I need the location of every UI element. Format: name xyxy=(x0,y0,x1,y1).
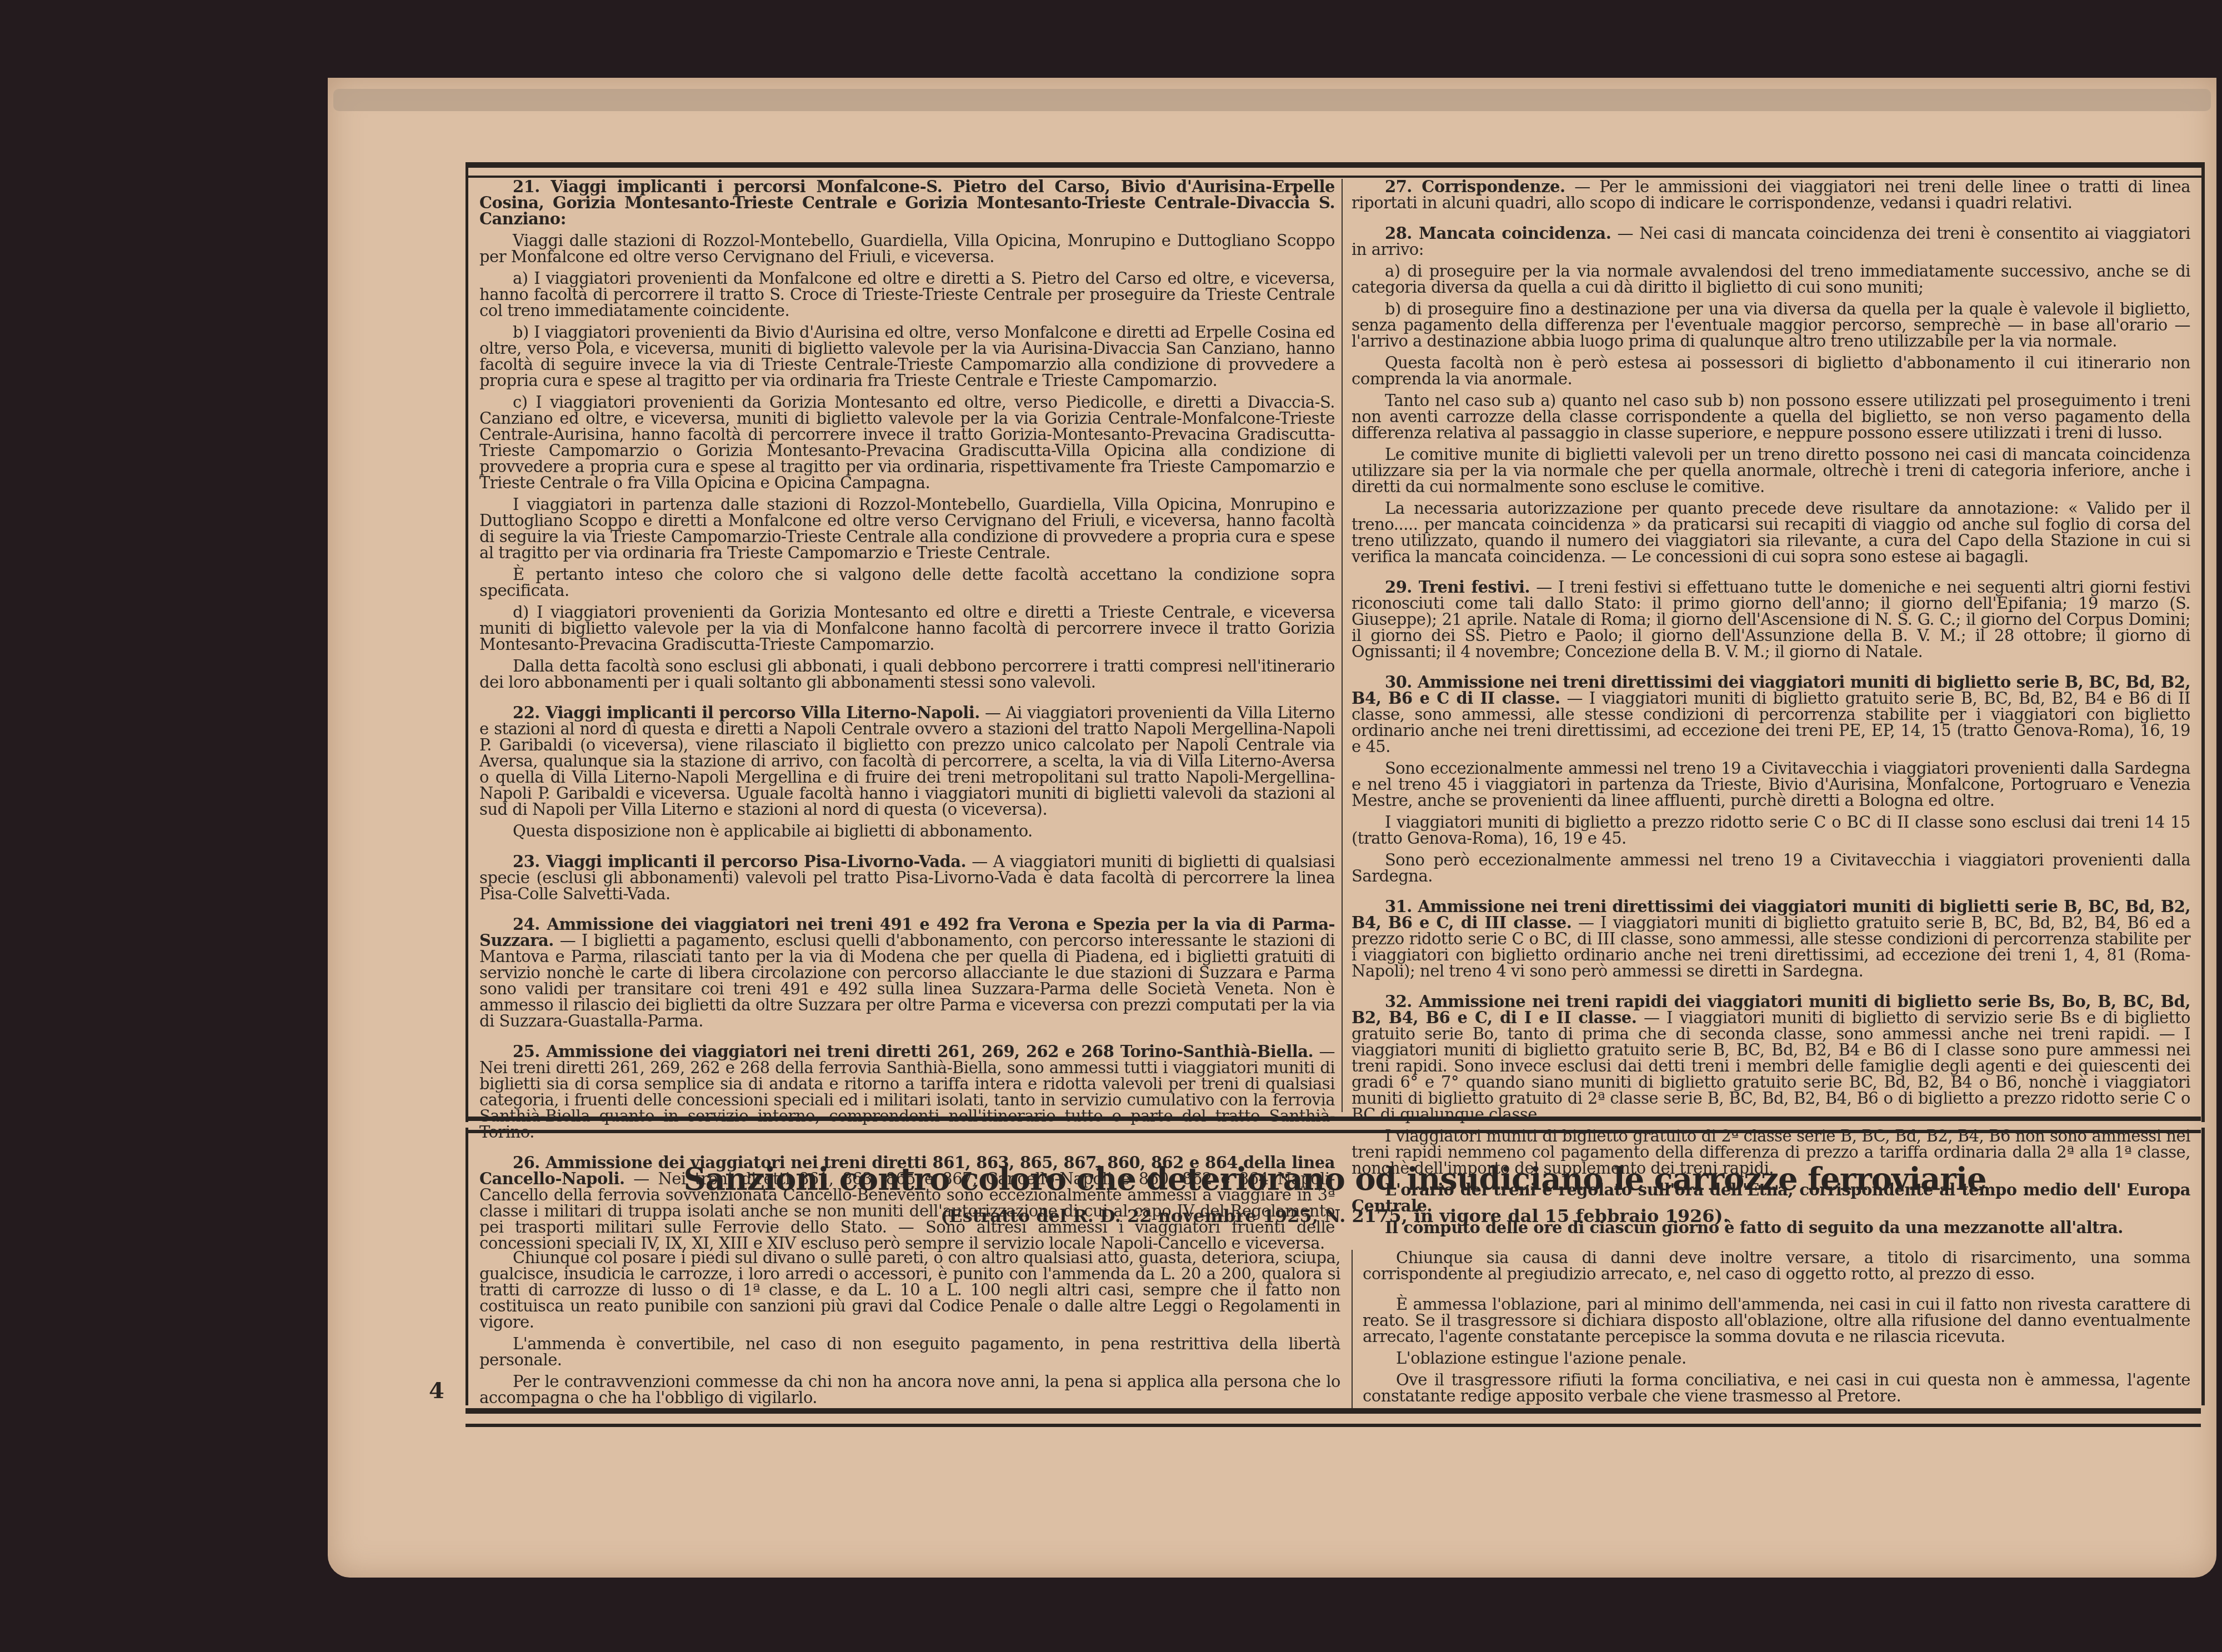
paragraph: Chiunque sia causa di danni deve inoltre… xyxy=(1363,1250,2190,1282)
section-text: c) I viaggiatori provenienti da Gorizia … xyxy=(479,393,1335,492)
section-text: La necessaria autorizzazione per quanto … xyxy=(1352,499,2190,566)
section-text: I viaggiatori in partenza dalle stazioni… xyxy=(479,495,1335,562)
sanzioni-section: Sanzioni contro coloro che deteriorano o… xyxy=(466,1128,2205,1405)
section-text: Viaggi dalle stazioni di Rozzol-Montebel… xyxy=(479,231,1335,266)
section-28: 28. Mancata coincidenza. — Nei casi di m… xyxy=(1352,226,2190,258)
section-22b: Questa disposizione non è applicabile ai… xyxy=(479,823,1335,839)
section-text: b) di proseguire fino a destinazione per… xyxy=(1352,299,2190,351)
column-divider xyxy=(1342,179,1343,1112)
section-21: 21. Viaggi implicanti i percorsi Monfalc… xyxy=(479,179,1335,227)
paragraph: Chiunque col posare i piedi sul divano o… xyxy=(479,1250,1340,1330)
left-column: 21. Viaggi implicanti i percorsi Monfalc… xyxy=(479,179,1335,1257)
section-28d: Tanto nel caso sub a) quanto nel caso su… xyxy=(1352,393,2190,441)
section-text: Le comitive munite di biglietti valevoli… xyxy=(1352,445,2190,496)
sanzioni-subtitle: (Estratto del R. D. 22 novembre 1925, N.… xyxy=(468,1205,2201,1227)
section-31: 31. Ammissione nei treni direttissimi de… xyxy=(1352,899,2190,979)
section-text: Dalla detta facoltà sono esclusi gli abb… xyxy=(479,657,1335,692)
section-text: Sono eccezionalmente ammessi nel treno 1… xyxy=(1352,759,2190,810)
section-text: — Ai viaggiatori provenienti da Villa Li… xyxy=(479,703,1335,819)
section-text: Questa disposizione non è applicabile ai… xyxy=(513,822,1033,840)
section-21d: d) I viaggiatori provenienti da Gorizia … xyxy=(479,604,1335,653)
section-text: — I viaggiatori muniti di biglietto di s… xyxy=(1352,1008,2190,1124)
column-divider xyxy=(1352,1250,1353,1411)
section-text: a) I viaggiatori provenienti da Monfalco… xyxy=(479,269,1335,320)
section-30c: I viaggiatori muniti di biglietto a prez… xyxy=(1352,814,2190,847)
section-21-intro: Viaggi dalle stazioni di Rozzol-Montebel… xyxy=(479,233,1335,265)
section-21c: c) I viaggiatori provenienti da Gorizia … xyxy=(479,394,1335,491)
section-24: 24. Ammissione dei viaggiatori nei treni… xyxy=(479,917,1335,1029)
page-number: 4 xyxy=(429,1378,444,1404)
sanzioni-left-column: Chiunque col posare i piedi sul divano o… xyxy=(479,1250,1340,1411)
section-text: I viaggiatori muniti di biglietto a prez… xyxy=(1352,813,2190,848)
paragraph: Per le contravvenzioni commesse da chi n… xyxy=(479,1374,1340,1406)
section-title: 21. Viaggi implicanti i percorsi Monfalc… xyxy=(479,177,1335,228)
sanzioni-right-column: Chiunque sia causa di danni deve inoltre… xyxy=(1363,1250,2190,1410)
section-30d: Sono però eccezionalmente ammessi nel tr… xyxy=(1352,852,2190,884)
section-28b: b) di proseguire fino a destinazione per… xyxy=(1352,301,2190,349)
section-30b: Sono eccezionalmente ammessi nel treno 1… xyxy=(1352,760,2190,809)
section-21b: b) I viaggiatori provenienti da Bivio d'… xyxy=(479,324,1335,389)
paragraph: Ove il trasgressore rifiuti la forma con… xyxy=(1363,1372,2190,1404)
section-29: 29. Treni festivi. — I treni festivi si … xyxy=(1352,579,2190,660)
section-30: 30. Ammissione nei treni direttissimi de… xyxy=(1352,674,2190,755)
section-23: 23. Viaggi implicanti il percorso Pisa-L… xyxy=(479,854,1335,902)
section-text: b) I viaggiatori provenienti da Bivio d'… xyxy=(479,323,1335,390)
section-text: a) di proseguire per la via normale avva… xyxy=(1352,262,2190,297)
section-28c: Questa facoltà non è però estesa ai poss… xyxy=(1352,355,2190,387)
section-32: 32. Ammissione nei treni rapidi dei viag… xyxy=(1352,994,2190,1123)
section-text: d) I viaggiatori provenienti da Gorizia … xyxy=(479,603,1335,654)
section-21a: a) I viaggiatori provenienti da Monfalco… xyxy=(479,271,1335,319)
section-22: 22. Viaggi implicanti il percorso Villa … xyxy=(479,705,1335,818)
section-text: Questa facoltà non è però estesa ai poss… xyxy=(1352,353,2190,388)
paragraph: È ammessa l'oblazione, pari al minimo de… xyxy=(1363,1296,2190,1345)
bottom-rule xyxy=(466,1408,2201,1427)
section-28f: La necessaria autorizzazione per quanto … xyxy=(1352,500,2190,565)
paragraph: L'ammenda è convertibile, nel caso di no… xyxy=(479,1336,1340,1368)
section-text: È pertanto inteso che coloro che si valg… xyxy=(479,565,1335,600)
section-text: Tanto nel caso sub a) quanto nel caso su… xyxy=(1352,391,2190,442)
paragraph: L'oblazione estingue l'azione penale. xyxy=(1363,1350,2190,1366)
section-text: — I biglietti a pagamento, esclusi quell… xyxy=(479,931,1335,1030)
sanzioni-title: Sanzioni contro coloro che deteriorano o… xyxy=(468,1161,2201,1198)
section-21c3: È pertanto inteso che coloro che si valg… xyxy=(479,567,1335,599)
section-21c2: I viaggiatori in partenza dalle stazioni… xyxy=(479,497,1335,561)
page-edge xyxy=(333,89,2211,111)
section-28a: a) di proseguire per la via normale avva… xyxy=(1352,263,2190,296)
regulations-frame: 21. Viaggi implicanti i percorsi Monfalc… xyxy=(466,162,2205,1122)
section-27: 27. Corrispondenze. — Per le ammissioni … xyxy=(1352,179,2190,211)
section-28e: Le comitive munite di biglietti valevoli… xyxy=(1352,447,2190,495)
section-text: Sono però eccezionalmente ammessi nel tr… xyxy=(1352,850,2190,885)
section-21e: Dalla detta facoltà sono esclusi gli abb… xyxy=(479,658,1335,690)
right-column: 27. Corrispondenze. — Per le ammissioni … xyxy=(1352,179,2190,1241)
